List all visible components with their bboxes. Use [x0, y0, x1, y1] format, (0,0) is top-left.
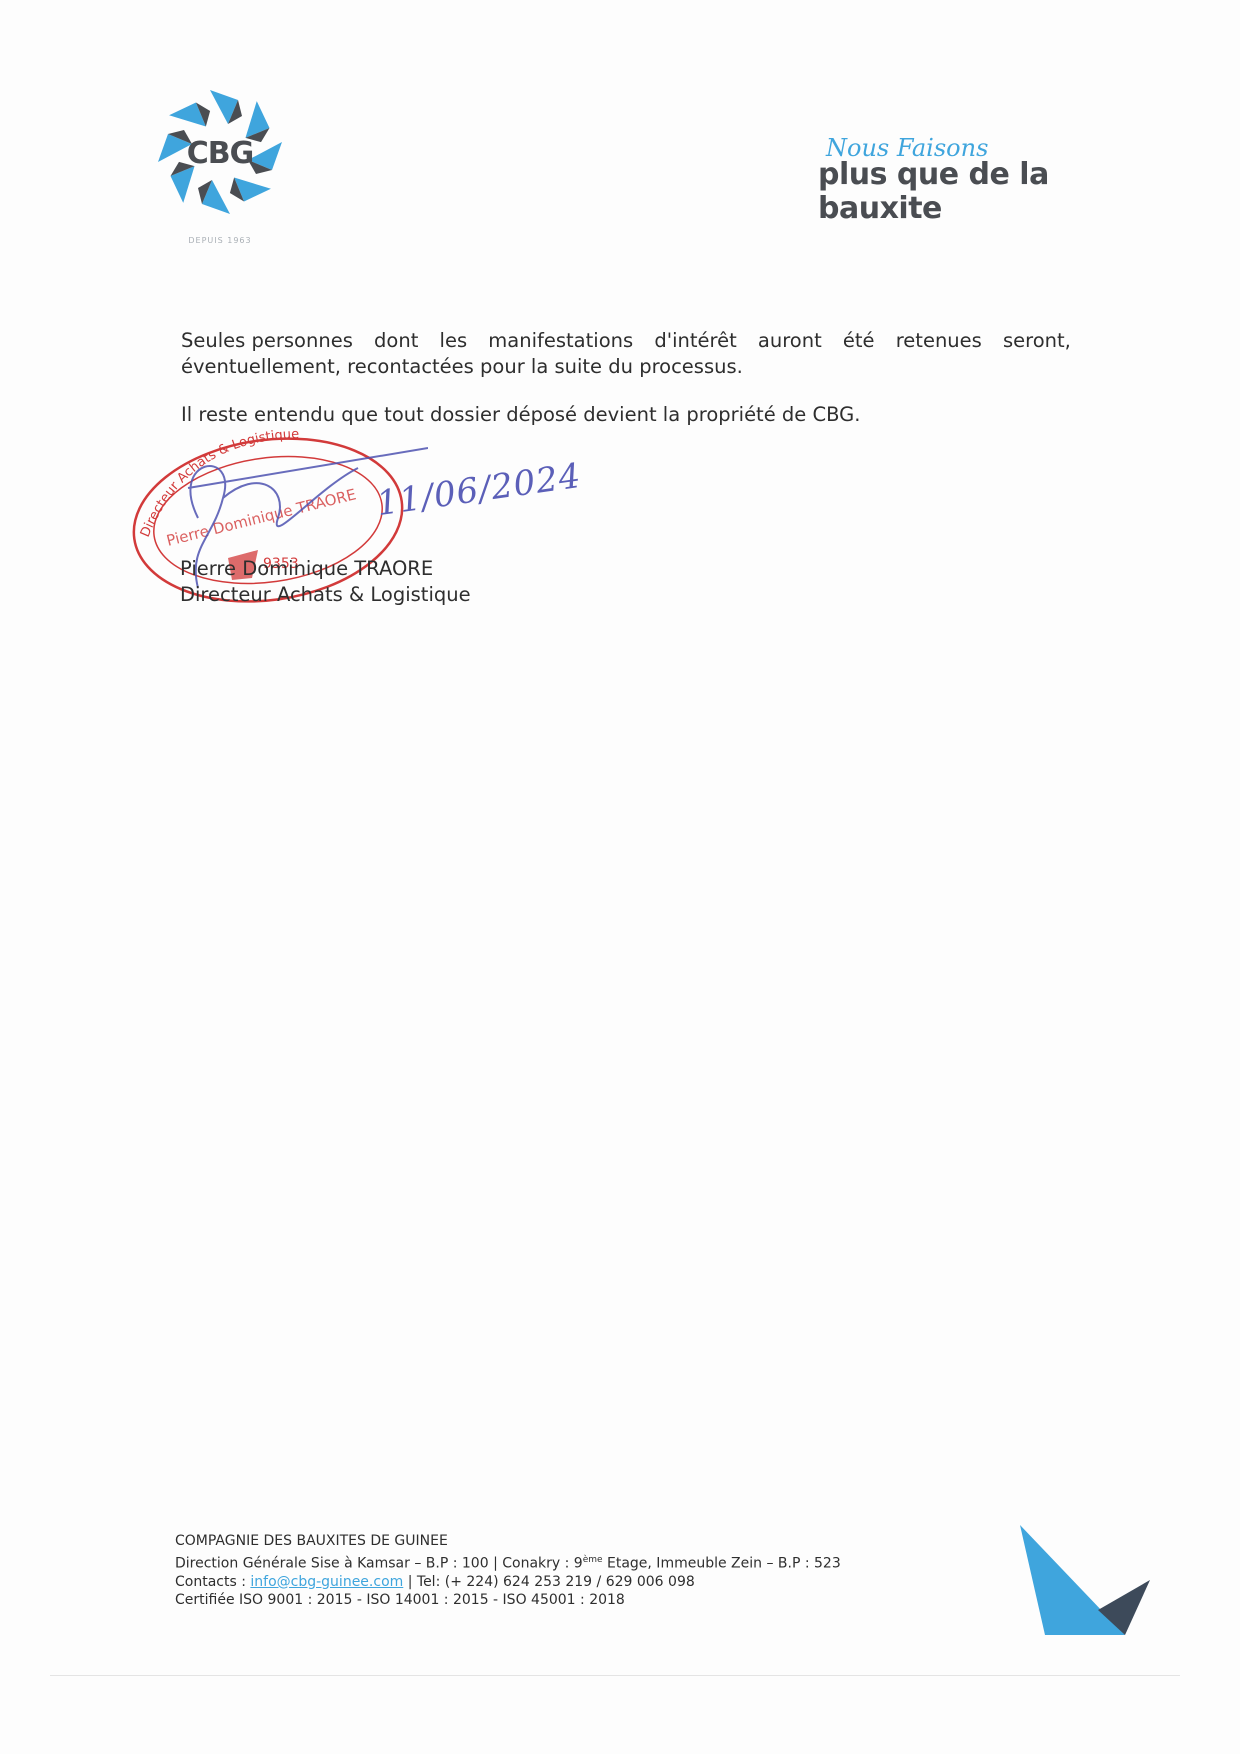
- signatory-name: Pierre Dominique TRAORE: [180, 556, 471, 582]
- footer-mark-icon: [1015, 1520, 1155, 1640]
- signature-block: Pierre Dominique TRAORE Directeur Achats…: [180, 556, 471, 608]
- cbg-logo: CBG DEPUIS 1963: [140, 78, 300, 258]
- paragraph-1: Seules personnes dont les manifestations…: [181, 328, 1071, 380]
- word: seront,: [1003, 328, 1071, 354]
- word: Seules personnes: [181, 328, 353, 354]
- word: retenues: [896, 328, 982, 354]
- signatory-title: Directeur Achats & Logistique: [180, 582, 471, 608]
- footer-company: COMPAGNIE DES BAUXITES DE GUINEE: [175, 1532, 841, 1551]
- email-link[interactable]: info@cbg-guinee.com: [250, 1574, 403, 1590]
- paragraph-1-line-1: Seules personnes dont les manifestations…: [181, 328, 1071, 354]
- word: manifestations: [488, 328, 633, 354]
- footer-divider: [50, 1675, 1180, 1676]
- word: d'intérêt: [654, 328, 736, 354]
- footer-contacts: Contacts : info@cbg-guinee.com | Tel: (+…: [175, 1573, 841, 1592]
- slogan-main: plus que de la bauxite: [818, 158, 1178, 226]
- logo-text: CBG: [140, 136, 300, 171]
- word: dont: [374, 328, 418, 354]
- paragraph-2: Il reste entendu que tout dossier déposé…: [181, 402, 1071, 428]
- paragraph-1-line-2: éventuellement, recontactées pour la sui…: [181, 354, 1071, 380]
- slogan: Nous Faisons plus que de la bauxite: [818, 134, 1178, 226]
- logo-since: DEPUIS 1963: [140, 236, 300, 245]
- word: les: [440, 328, 468, 354]
- footer-certifications: Certifiée ISO 9001 : 2015 - ISO 14001 : …: [175, 1591, 841, 1610]
- word: auront: [758, 328, 822, 354]
- stamp-name: Pierre Dominique TRAORE: [165, 485, 358, 550]
- footer: COMPAGNIE DES BAUXITES DE GUINEE Directi…: [175, 1532, 841, 1610]
- footer-address: Direction Générale Sise à Kamsar – B.P :…: [175, 1551, 841, 1573]
- word: été: [843, 328, 875, 354]
